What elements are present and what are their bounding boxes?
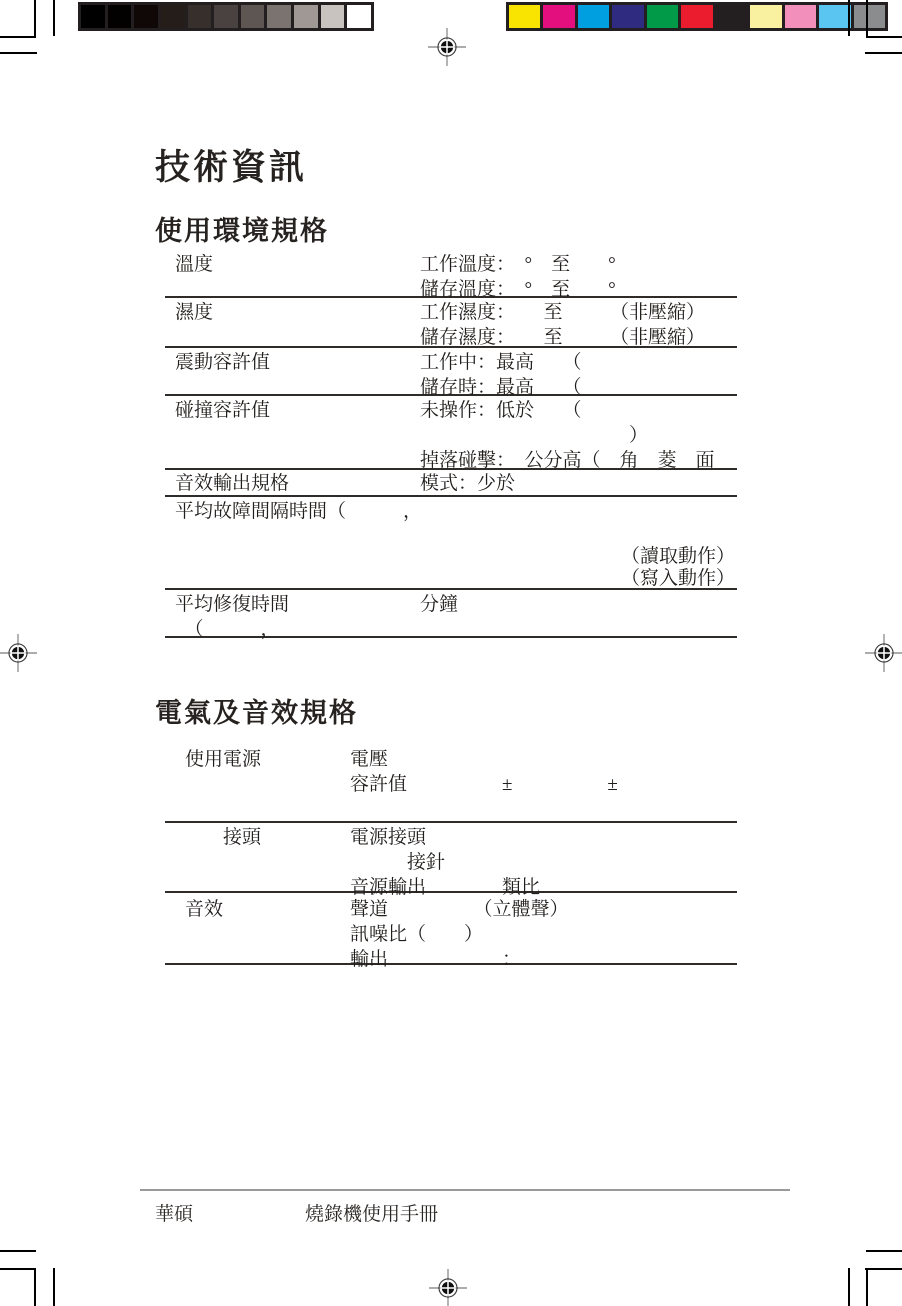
spec-row-mtbf: 平均故障間隔時間（ ， （讀取動作） （寫入動作）	[165, 497, 737, 590]
spec-label: 音效輸出規格	[165, 471, 420, 495]
spec-label: 震動容許值	[165, 350, 420, 394]
calibration-swatch	[188, 5, 212, 28]
crop-mark	[53, 0, 55, 36]
crop-mark	[865, 1268, 902, 1270]
spec-value-line: 掉落碰擊： 公分高（ 角 菱 面	[420, 448, 737, 473]
section-heading-electrical: 電氣及音效規格	[155, 691, 358, 730]
footer-brand: 華碩	[155, 1199, 193, 1226]
calibration-swatch	[509, 5, 540, 28]
footer-manual-title: 燒錄機使用手冊	[305, 1199, 438, 1226]
calibration-swatch	[681, 5, 712, 28]
spec-row-power: 使用電源 電壓 容許值 ± ±	[165, 743, 737, 823]
spec-label: 濕度	[165, 300, 420, 346]
calibration-swatch	[267, 5, 291, 28]
crop-mark	[848, 1268, 850, 1306]
page-title: 技術資訊	[155, 140, 307, 190]
registration-mark-icon	[429, 1269, 467, 1306]
spec-row-vibration: 震動容許值 工作中：最高 （ 儲存時：最高 （	[165, 348, 737, 396]
section-heading-environment: 使用環境規格	[155, 209, 329, 248]
calibration-swatch	[241, 5, 265, 28]
crop-mark	[866, 1250, 902, 1252]
footer-divider	[140, 1189, 790, 1191]
spec-row-humidity: 濕度 工作濕度： 至 （非壓縮） 儲存濕度： 至 （非壓縮）	[165, 298, 737, 348]
spec-note-write: （寫入動作）	[175, 568, 735, 590]
spec-value-line: 訊噪比（ ）	[350, 922, 737, 947]
crop-mark	[866, 36, 902, 38]
calibration-swatch	[612, 5, 643, 28]
spec-value-line: ）	[420, 423, 737, 448]
calibration-swatch	[750, 5, 781, 28]
spec-value: 工作濕度： 至 （非壓縮） 儲存濕度： 至 （非壓縮）	[420, 300, 737, 346]
spec-value-line: 儲存濕度： 至 （非壓縮）	[420, 325, 737, 350]
spec-value: 工作溫度： ° 至 ° 儲存溫度： ° 至 °	[420, 252, 737, 296]
spec-value-line: 模式：少於	[420, 471, 737, 496]
crop-mark	[866, 1268, 868, 1306]
calibration-swatch	[543, 5, 574, 28]
spec-label-line: 平均修復時間	[175, 592, 420, 617]
spec-value: 分鐘	[420, 592, 737, 636]
spec-value: 聲道 （立體聲） 訊噪比（ ） 輸出 ：	[350, 897, 737, 963]
calibration-swatch	[134, 5, 158, 28]
spec-label: 音效	[165, 897, 350, 963]
crop-mark	[0, 1250, 36, 1252]
calibration-swatch	[108, 5, 132, 28]
calibration-swatch	[161, 5, 185, 28]
calibration-swatch	[214, 5, 238, 28]
spec-label: 碰撞容許值	[165, 398, 420, 468]
spec-value: 工作中：最高 （ 儲存時：最高 （	[420, 350, 737, 394]
spec-note-read: （讀取動作）	[175, 546, 735, 568]
registration-mark-icon	[865, 634, 902, 672]
calibration-swatch	[647, 5, 678, 28]
electrical-spec-table: 使用電源 電壓 容許值 ± ± 接頭 電源接頭 接針 音源輸出 類比 音效 聲道…	[165, 743, 737, 965]
crop-mark	[0, 36, 36, 38]
spec-value: 模式：少於	[420, 471, 737, 495]
spec-value-line: 輸出 ：	[350, 947, 737, 972]
spec-value-line: 工作溫度： ° 至 °	[420, 252, 737, 277]
crop-mark	[865, 52, 902, 54]
spec-row-temperature: 溫度 工作溫度： ° 至 ° 儲存溫度： ° 至 °	[165, 252, 737, 298]
spec-value-line: 接針	[350, 850, 737, 875]
spec-row-audio-output: 音效輸出規格 模式：少於	[165, 470, 737, 497]
calibration-swatch	[716, 5, 747, 28]
spec-label: 平均故障間隔時間（ ，	[175, 499, 737, 524]
spec-label: 平均修復時間 （ ，	[165, 592, 420, 636]
spec-label: 接頭	[165, 825, 350, 891]
crop-mark	[34, 0, 36, 36]
grayscale-calibration-bar	[78, 2, 374, 31]
crop-mark	[848, 0, 850, 36]
calibration-swatch	[321, 5, 345, 28]
calibration-swatch	[854, 5, 885, 28]
registration-mark-icon	[0, 634, 37, 672]
scanned-manual-page: { "calibration": { "grayscale": ["#00000…	[0, 0, 902, 1306]
spec-value-line: 電源接頭	[350, 825, 737, 850]
spec-value: 電壓 容許值 ± ±	[350, 747, 737, 821]
spec-value: 未操作：低於 （ ） 掉落碰擊： 公分高（ 角 菱 面	[420, 398, 737, 468]
spec-label: 使用電源	[165, 747, 350, 821]
spec-value-line: 未操作：低於 （	[420, 398, 737, 423]
spec-notes: （讀取動作） （寫入動作）	[175, 546, 737, 590]
spec-value-line: 工作濕度： 至 （非壓縮）	[420, 300, 737, 325]
crop-mark	[53, 1268, 55, 1306]
spec-row-sound: 音效 聲道 （立體聲） 訊噪比（ ） 輸出 ：	[165, 893, 737, 965]
spec-value-line: 工作中：最高 （	[420, 350, 737, 375]
crop-mark	[866, 0, 868, 36]
registration-mark-icon	[428, 28, 466, 66]
spec-value: 電源接頭 接針 音源輸出 類比	[350, 825, 737, 891]
spec-value-line: 容許值 ± ±	[350, 772, 737, 797]
spec-value-line: 聲道 （立體聲）	[350, 897, 737, 922]
spec-value-line: 儲存溫度： ° 至 °	[420, 277, 737, 302]
crop-mark	[34, 1268, 36, 1306]
spec-row-mttr: 平均修復時間 （ ， 分鐘	[165, 590, 737, 638]
spec-label-line: （ ，	[175, 617, 420, 642]
spec-value-line: 儲存時：最高 （	[420, 375, 737, 400]
crop-mark	[0, 1268, 36, 1270]
calibration-swatch	[81, 5, 105, 28]
environment-spec-table: 溫度 工作溫度： ° 至 ° 儲存溫度： ° 至 ° 濕度 工作濕度： 至 （非…	[165, 252, 737, 638]
calibration-swatch	[819, 5, 850, 28]
crop-mark	[0, 52, 37, 54]
calibration-swatch	[578, 5, 609, 28]
calibration-swatch	[294, 5, 318, 28]
spec-value-line: 電壓	[350, 747, 737, 772]
spec-row-shock: 碰撞容許值 未操作：低於 （ ） 掉落碰擊： 公分高（ 角 菱 面	[165, 396, 737, 470]
spec-value-line: 分鐘	[420, 592, 737, 617]
spec-row-connectors: 接頭 電源接頭 接針 音源輸出 類比	[165, 823, 737, 893]
calibration-swatch	[347, 5, 371, 28]
calibration-swatch	[785, 5, 816, 28]
spec-label: 溫度	[165, 252, 420, 296]
color-calibration-bar	[506, 2, 888, 31]
